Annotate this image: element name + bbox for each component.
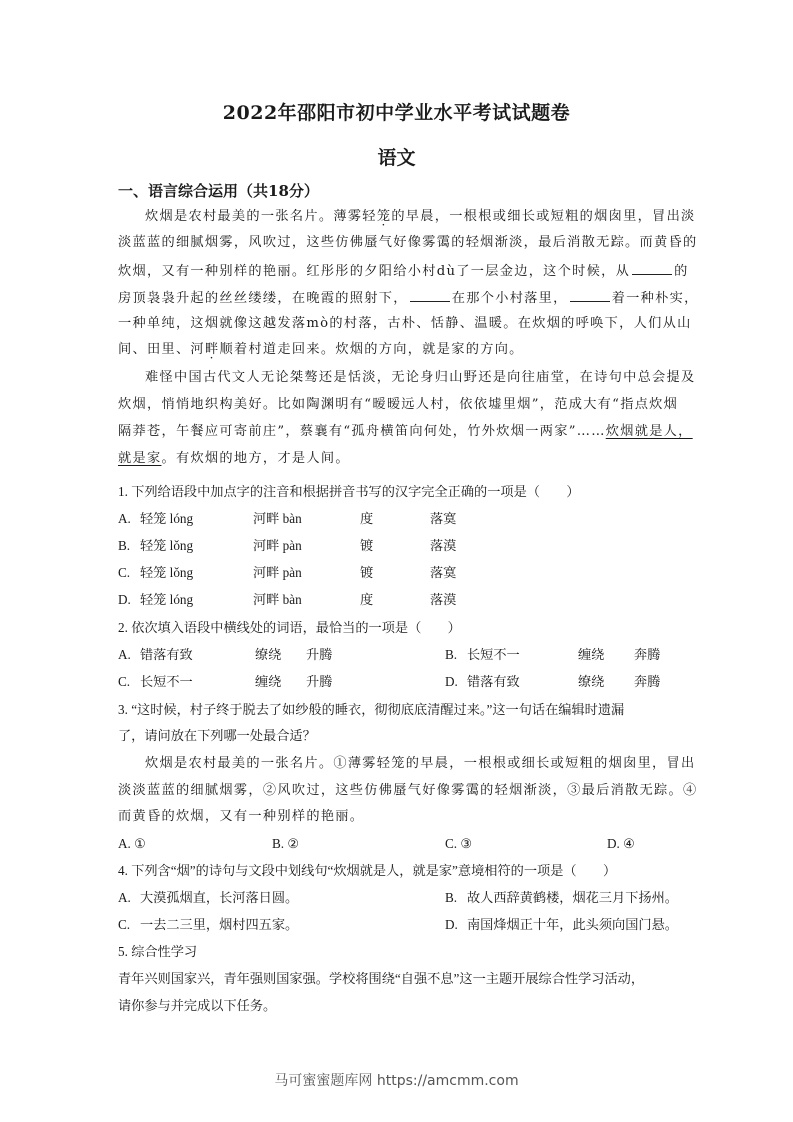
q3-passage-line-2: 淡淡蓝蓝的细腻烟雾，②风吹过，这些仿佛蜃气好像雾霭的轻烟渐淡，③最后消散无踪。④ [118,781,698,801]
q5-stem: 5. 综合性学习 [118,942,197,962]
option-text: 轻笼 lǒng [140,563,193,583]
option-label: A. [118,888,131,908]
option-text: 错落有致 [467,672,520,692]
q3-passage-line-1: 炊烟是农村最美的一张名片。①薄雾轻笼的早晨，一根根或细长或短粗的烟囱里，冒出 [145,754,696,774]
option-label: B. [445,888,457,908]
option-text: 轻笼 lóng [140,590,193,610]
option-label: D. [445,915,458,935]
underlined-sentence: 就是家 [118,451,161,466]
option-text: 落寞 [430,563,456,583]
text: 的早晨，一根根或细长或短粗的烟囱里，冒出淡 [391,209,695,224]
underlined-sentence: 炊烟就是人， [606,424,693,439]
option-text: 度 [360,509,373,529]
option-label: C. [118,672,130,692]
option-label: B. [118,536,130,556]
option-label: C. [118,563,130,583]
option-label: D. [445,672,458,692]
q3-stem-line-2: 了，请问放在下列哪一处最合适？ [118,726,316,746]
text: 房顶袅袅升起的丝丝缕缕，在晚霞的照射下， [118,291,408,306]
q3-stem-line-1: 3. “这时候，村子终于脱去了如纱般的睡衣，彻彻底底清醒过来。”这一句话在编辑时… [118,700,624,720]
option-text: 升腾 [306,645,332,665]
option-text: 轻笼 lóng [140,509,193,529]
text: 间、田里、河 [118,342,205,357]
option-text: 缭绕 [255,645,281,665]
passage1-line-4: 房顶袅袅升起的丝丝缕缕，在晚霞的照射下，在那个小村落里，着一种朴实， [118,287,699,307]
option-text: 奔腾 [634,645,660,665]
fill-blank-2 [410,287,450,302]
option-text: 河畔 pàn [253,536,302,556]
q3-option-a[interactable]: A. ① [118,834,146,854]
passage2-line-4: 就是家。有炊烟的地方，才是人间。 [118,449,350,469]
option-text: 南国烽烟正十年，此头须向国门悬。 [467,915,678,935]
exam-page: 2022年邵阳市初中学业水平考试试题卷 语文 一、语言综合运用（共18分） 炊烟… [0,0,793,1122]
option-text: 河畔 bàn [253,590,302,610]
dotted-char: 笼 [377,209,392,224]
passage1-line-5: 一种单纯，这烟就像这越发落mò的村落，古朴、恬静、温暖。在炊烟的呼唤下，人们从山 [118,314,692,334]
option-text: 奔腾 [634,672,660,692]
option-text: 缠绕 [255,672,281,692]
passage1-line-2: 淡蓝蓝的细腻烟雾，风吹过，这些仿佛蜃气好像雾霭的轻烟渐淡，最后消散无踪。而黄昏的 [118,233,698,253]
q5-line-2: 请你参与并完成以下任务。 [118,996,276,1016]
q3-option-c[interactable]: C. ③ [445,834,472,854]
option-text: 轻笼 lǒng [140,536,193,556]
option-text: 镀 [360,536,373,556]
passage2-line-2: 炊烟，悄悄地织构美好。比如陶渊明有“暧暧远人村，依依墟里烟”，范成大有“指点炊烟 [118,395,678,415]
text: 的 [674,264,689,279]
q3-option-d[interactable]: D. ④ [607,834,635,854]
q3-option-b[interactable]: B. ② [272,834,299,854]
fill-blank-1 [632,260,672,275]
section-heading: 一、语言综合运用（共18分） [118,180,319,201]
fill-blank-3 [570,287,610,302]
exam-subject: 语文 [0,143,793,170]
option-text: 河畔 pàn [253,563,302,583]
option-label: A. [118,509,131,529]
text: 。有炊烟的地方，才是人间。 [161,451,349,466]
q4-stem: 4. 下列含“烟”的诗句与文段中划线句“炊烟就是人，就是家”意境相符的一项是（ … [118,861,616,881]
option-text: 度 [360,590,373,610]
exam-title: 2022年邵阳市初中学业水平考试试题卷 [0,98,793,125]
passage1-line-1: 炊烟是农村最美的一张名片。薄雾轻笼的早晨，一根根或细长或短粗的烟囱里，冒出淡 [145,207,696,227]
option-text: 大漠孤烟直，长河落日圆。 [140,888,298,908]
option-text: 一去二三里，烟村四五家。 [140,915,298,935]
text: 着一种朴实， [612,291,699,306]
text: 在那个小村落里， [452,291,568,306]
option-text: 落漠 [430,590,456,610]
text: 顺着村道走回来。炊烟的方向，就是家的方向。 [219,342,523,357]
dotted-char: 畔 [205,342,220,357]
passage2-line-3: 隔莽苍，午餐应可寄前庄”，蔡襄有“孤舟横笛向何处，竹外炊烟一两家”……炊烟就是人… [118,422,693,442]
option-text: 河畔 bàn [253,509,302,529]
q1-stem: 1. 下列给语段中加点字的注音和根据拼音书写的汉字完全正确的一项是（ ） [118,482,580,502]
option-label: C. [118,915,130,935]
footer-watermark: 马可蜜蜜题库网 https://amcmm.com [0,1070,793,1090]
option-text: 落漠 [430,536,456,556]
option-label: B. [445,645,457,665]
text: 炊烟是农村最美的一张名片。薄雾轻 [145,209,377,224]
q2-stem: 2. 依次填入语段中横线处的词语，最恰当的一项是（ ） [118,618,461,638]
option-text: 缭绕 [578,672,604,692]
option-label: A. [118,645,131,665]
option-text: 镀 [360,563,373,583]
option-text: 落寞 [430,509,456,529]
option-text: 长短不一 [467,645,520,665]
option-text: 故人西辞黄鹤楼，烟花三月下扬州。 [467,888,678,908]
text: 炊烟，又有一种别样的艳丽。红彤彤的夕阳给小村dù了一层金边，这个时候，从 [118,264,630,279]
text: 隔莽苍，午餐应可寄前庄”，蔡襄有“孤舟横笛向何处，竹外炊烟一两家”…… [118,424,606,439]
option-text: 缠绕 [578,645,604,665]
passage1-line-6: 间、田里、河畔顺着村道走回来。炊烟的方向，就是家的方向。 [118,340,524,360]
passage2-line-1: 难怪中国古代文人无论桀骜还是恬淡，无论身归山野还是向往庙堂，在诗句中总会提及 [145,368,696,388]
q5-line-1: 青年兴则国家兴，青年强则国家强。学校将围绕“自强不息”这一主题开展综合性学习活动… [118,969,644,989]
option-label: D. [118,590,131,610]
option-text: 错落有致 [140,645,193,665]
q3-passage-line-3: 而黄昏的炊烟，又有一种别样的艳丽。 [118,807,364,827]
option-text: 升腾 [306,672,332,692]
passage1-line-3: 炊烟，又有一种别样的艳丽。红彤彤的夕阳给小村dù了一层金边，这个时候，从的 [118,260,689,280]
option-text: 长短不一 [140,672,193,692]
